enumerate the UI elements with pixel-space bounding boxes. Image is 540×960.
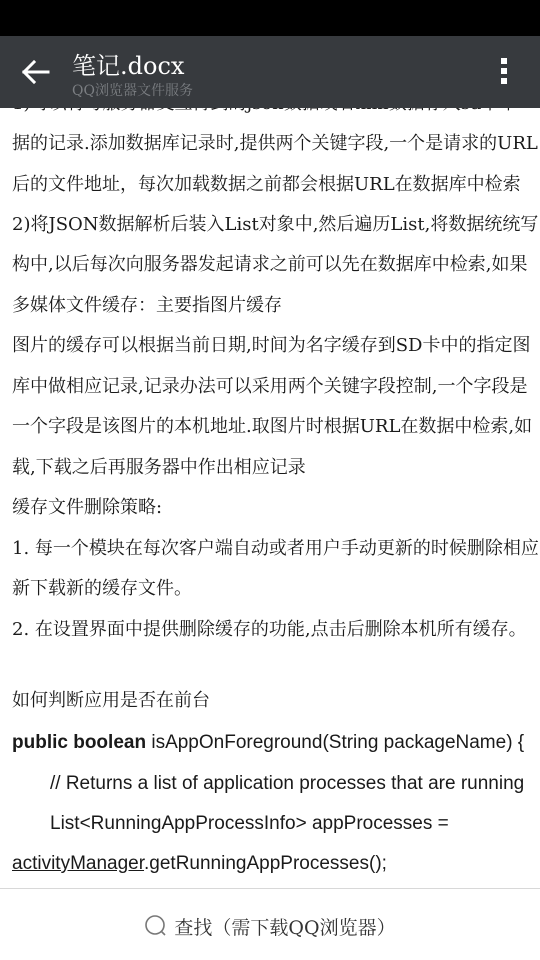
document-content[interactable]: 1)可以将与服务器交互得到的json数据或者xml数据存入sd卡中 据的记录.添… [0,88,540,888]
code-call-rest: .getRunningAppProcesses(); [144,853,387,874]
doc-line: 新下载新的缓存文件。 [12,577,192,601]
code-signature: isAppOnForeground(String packageName) { [146,732,524,753]
code-call-object: activityManager [12,853,144,874]
find-button[interactable]: 查找（需下载QQ浏览器） [0,913,540,940]
doc-line: 1. 每一个模块在每次客户端自动或者用户手动更新的时候删除相应 [12,537,539,561]
document-subtitle: QQ浏览器文件服务 [72,80,193,100]
status-bar [0,0,540,36]
doc-line: 多媒体文件缓存：主要指图片缓存 [12,294,282,318]
more-options-button[interactable] [494,54,514,90]
doc-line: 缓存文件删除策略: [12,496,162,520]
doc-line: 据的记录.添加数据库记录时,提供两个关键字段,一个是请求的URL [12,132,538,156]
code-line-comment: // Returns a list of application process… [50,772,524,796]
code-line-call: activityManager.getRunningAppProcesses()… [12,852,387,876]
find-label: 查找（需下载QQ浏览器） [174,917,395,939]
doc-line: 如何判断应用是否在前台 [12,689,210,713]
code-keyword: public boolean [12,732,146,753]
doc-line: 一个字段是该图片的本机地址.取图片时根据URL在数据中检索,如 [12,415,532,439]
doc-line: 后的文件地址，每次加载数据之前都会根据URL在数据库中检索 [12,173,521,197]
doc-line: 2. 在设置界面中提供删除缓存的功能,点击后删除本机所有缓存。 [12,618,527,642]
code-line-decl: List<RunningAppProcessInfo> appProcesses… [50,812,449,836]
arrow-left-icon [18,56,54,88]
more-vertical-icon [494,58,514,84]
code-line-signature: public boolean isAppOnForeground(String … [12,731,524,755]
doc-line: 载,下载之后再服务器中作出相应记录 [12,456,306,480]
bottom-bar: 查找（需下载QQ浏览器） [0,888,540,960]
doc-line: 图片的缓存可以根据当前日期,时间为名字缓存到SD卡中的指定图 [12,334,530,358]
document-title: 笔记.docx [72,46,184,81]
app-header: 笔记.docx QQ浏览器文件服务 [0,36,540,108]
doc-line: 库中做相应记录,记录办法可以采用两个关键字段控制,一个字段是 [12,375,527,399]
doc-line: 构中,以后每次向服务器发起请求之前可以先在数据库中检索,如果 [12,253,527,277]
search-icon [144,914,168,938]
back-button[interactable] [18,56,54,88]
doc-line: 2)将JSON数据解析后装入List对象中,然后遍历List,将数据统统写 [12,213,538,237]
